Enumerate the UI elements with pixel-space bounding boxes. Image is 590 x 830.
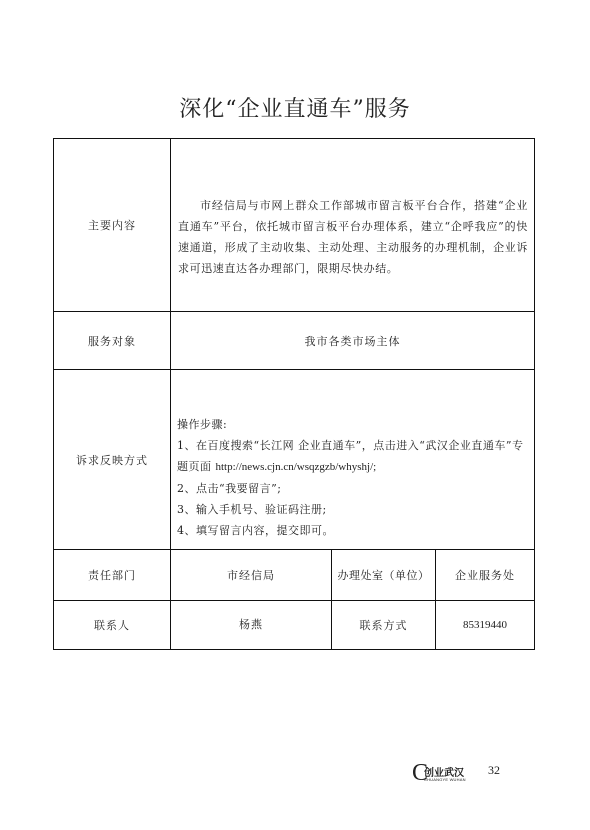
appeal-method-label: 诉求反映方式 bbox=[54, 370, 171, 550]
office-value: 企业服务处 bbox=[436, 550, 535, 601]
contact-label: 联系人 bbox=[54, 601, 171, 650]
row-responsible-dept: 责任部门 市经信局 办理处室（单位） 企业服务处 bbox=[54, 550, 535, 601]
main-content-text: 市经信局与市网上群众工作部城市留言板平台合作，搭建“企业直通车”平台，依托城市留… bbox=[171, 139, 535, 312]
responsible-dept-value: 市经信局 bbox=[171, 550, 332, 601]
service-info-table: 主要内容 市经信局与市网上群众工作部城市留言板平台合作，搭建“企业直通车”平台，… bbox=[53, 138, 535, 650]
service-target-value: 我市各类市场主体 bbox=[171, 312, 535, 370]
page-title: 深化“企业直通车”服务 bbox=[0, 92, 590, 123]
page-number: 32 bbox=[488, 763, 500, 778]
appeal-method-steps: 操作步骤: 1、在百度搜索“长江网 企业直通车”，点击进入“武汉企业直通车”专题… bbox=[171, 370, 535, 550]
steps-heading: 操作步骤: bbox=[177, 414, 528, 435]
step-3: 3、输入手机号、验证码注册; bbox=[177, 499, 528, 520]
contact-phone: 85319440 bbox=[436, 601, 535, 650]
row-appeal-method: 诉求反映方式 操作步骤: 1、在百度搜索“长江网 企业直通车”，点击进入“武汉企… bbox=[54, 370, 535, 550]
chuangye-wuhan-logo: C 创业武汉 CHUANGYE WUHAN bbox=[412, 761, 466, 785]
step-2: 2、点击“我要留言”; bbox=[177, 478, 528, 499]
contact-method-label: 联系方式 bbox=[332, 601, 436, 650]
row-contact: 联系人 杨燕 联系方式 85319440 bbox=[54, 601, 535, 650]
step-4: 4、填写留言内容，提交即可。 bbox=[177, 520, 528, 541]
office-label: 办理处室（单位） bbox=[332, 550, 436, 601]
step-1-url: http://news.cjn.cn/wsqzgzb/whyshj/; bbox=[216, 461, 377, 473]
contact-person: 杨燕 bbox=[171, 601, 332, 650]
row-main-content: 主要内容 市经信局与市网上群众工作部城市留言板平台合作，搭建“企业直通车”平台，… bbox=[54, 139, 535, 312]
service-target-label: 服务对象 bbox=[54, 312, 171, 370]
logo-subtext: CHUANGYE WUHAN bbox=[424, 777, 466, 782]
main-content-label: 主要内容 bbox=[54, 139, 171, 312]
row-service-target: 服务对象 我市各类市场主体 bbox=[54, 312, 535, 370]
step-1: 1、在百度搜索“长江网 企业直通车”，点击进入“武汉企业直通车”专题页面 htt… bbox=[177, 435, 528, 478]
responsible-dept-label: 责任部门 bbox=[54, 550, 171, 601]
